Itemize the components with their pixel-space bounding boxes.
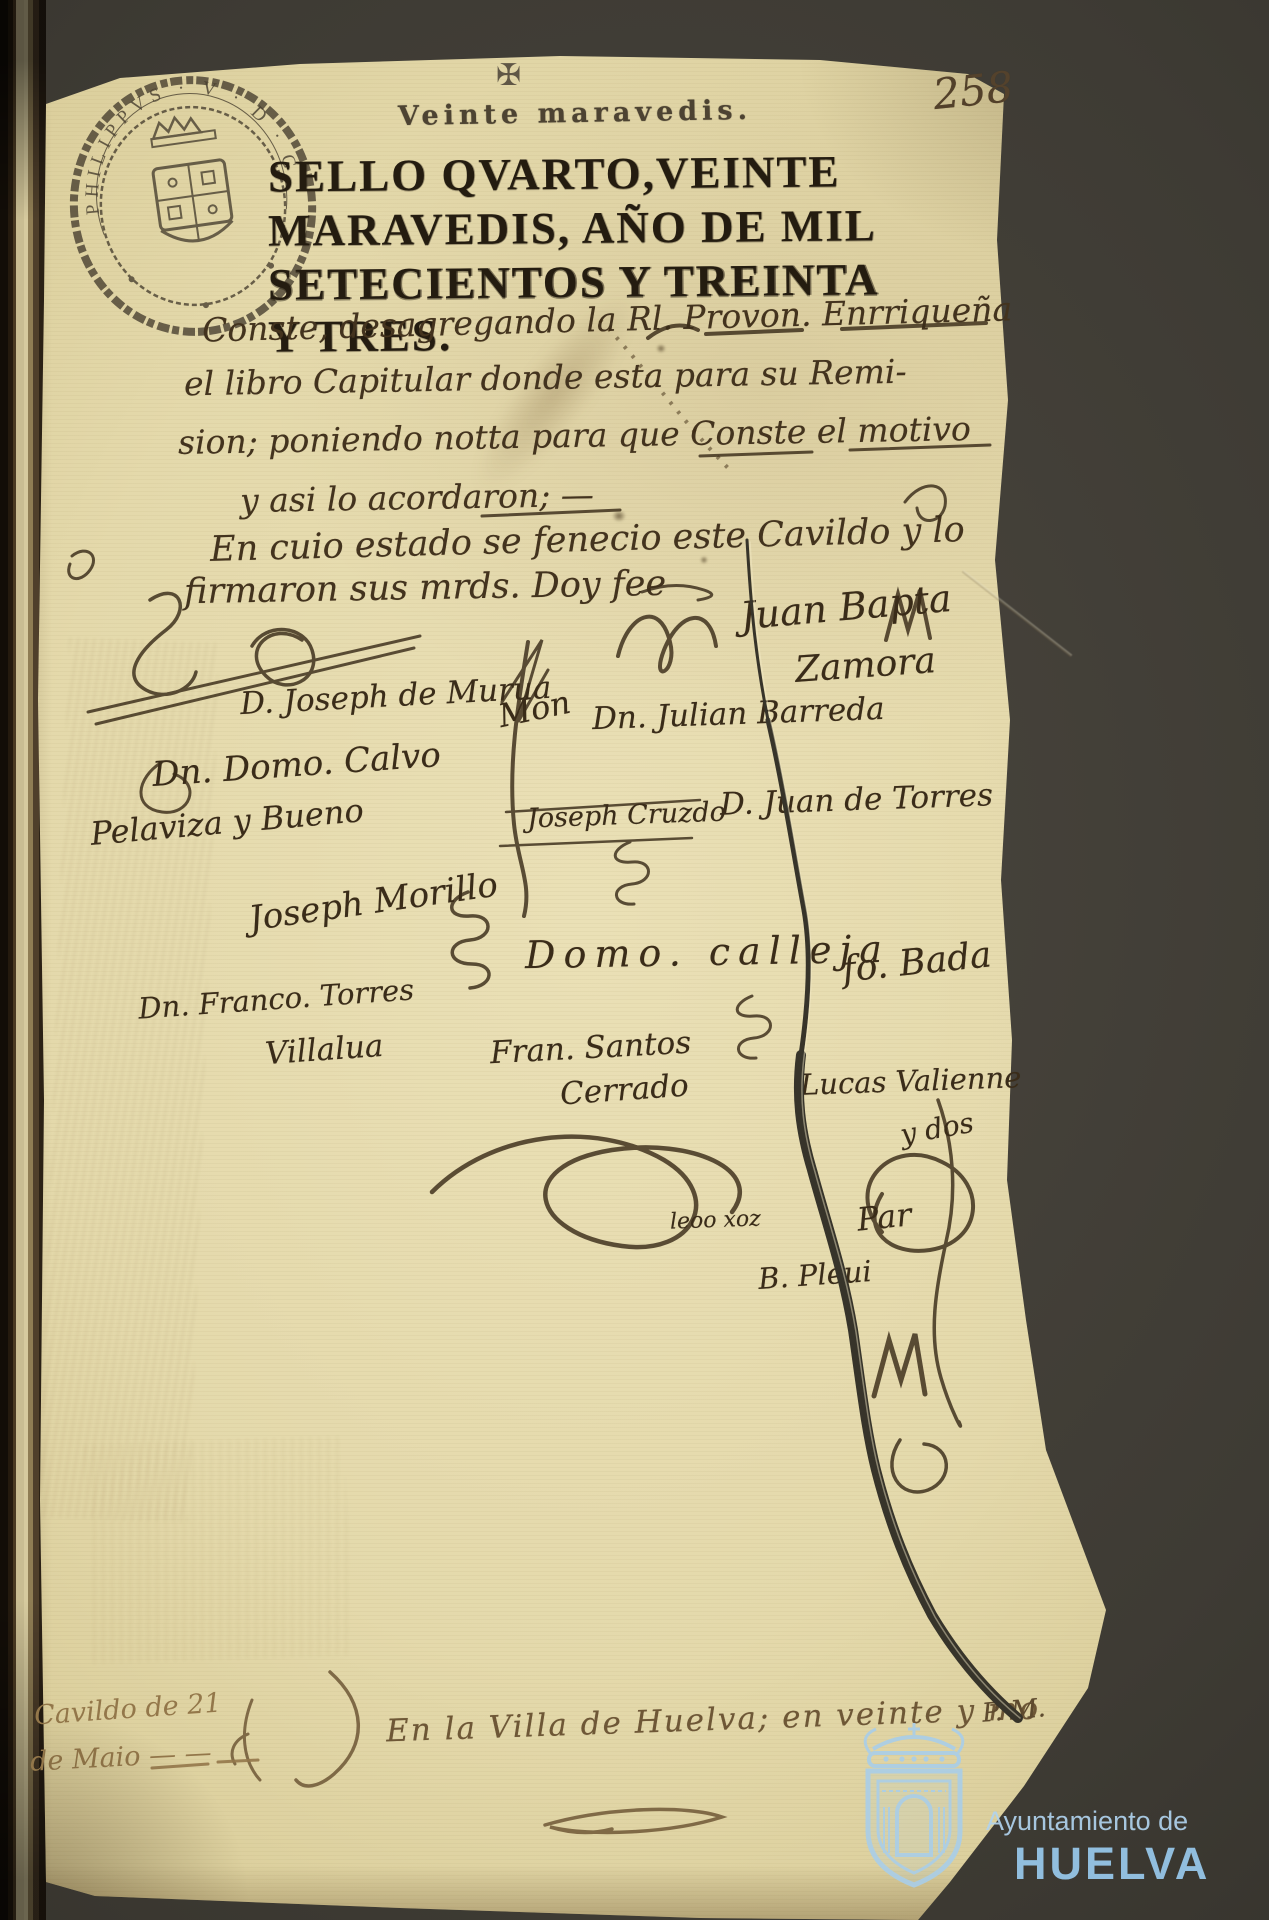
ink-spot: [612, 510, 626, 522]
spine-shadow: [0, 0, 46, 1920]
archival-scan: PHILIPPVS · V · D · G ✠ Veinte maravedis…: [0, 0, 1269, 1920]
ink-spot: [700, 556, 708, 564]
manuscript-page: [0, 0, 1269, 1920]
watermark-text-line-2: HUELVA: [1014, 1838, 1210, 1890]
watermark-text-line-1: Ayuntamiento de: [986, 1806, 1188, 1837]
ink-spot: [656, 344, 666, 353]
